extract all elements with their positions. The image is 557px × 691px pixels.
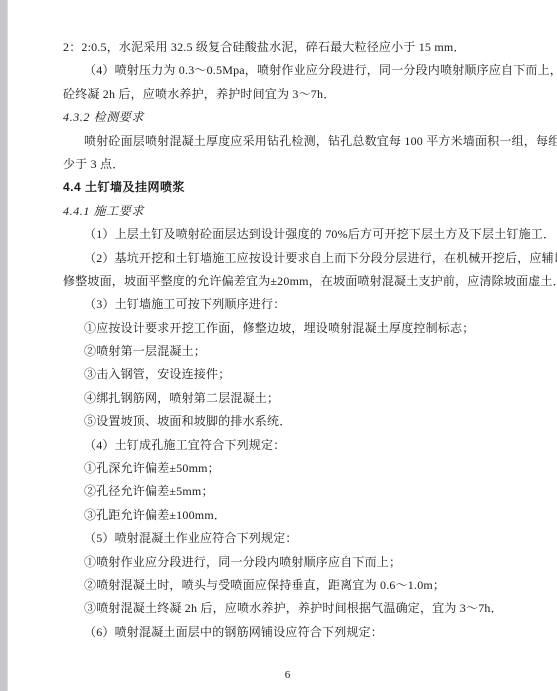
text-line: 喷射砼面层喷射混凝土厚度应采用钻孔检测，钻孔总数宜每 100 平方米墙面积一组，… xyxy=(63,130,515,153)
text-line: ③孔距允许偏差±100mm． xyxy=(63,504,515,527)
text-line: ③喷射混凝土终凝 2h 后，应喷水养护，养护时间根据气温确定，宜为 3～7h． xyxy=(63,597,515,620)
text-line: （4）喷射压力为 0.3～0.5Mpa，喷射作业应分段进行，同一分段内喷射顺序应… xyxy=(63,59,515,82)
text-line: ①喷射作业应分段进行，同一分段内喷射顺序应自下而上； xyxy=(63,551,515,574)
text-line: 4.4.1 施工要求 xyxy=(63,200,515,223)
text-line: 2：2:0.5，水泥采用 32.5 级复合硅酸盐水泥，碎石最大粒径应小于 15 … xyxy=(63,36,515,59)
document-body: 2：2:0.5，水泥采用 32.5 级复合硅酸盐水泥，碎石最大粒径应小于 15 … xyxy=(63,36,515,644)
text-line: 4.4 土钉墙及挂网喷浆 xyxy=(63,176,515,199)
text-line: ②孔径允许偏差±5mm； xyxy=(63,480,515,503)
page-number: 6 xyxy=(9,669,557,681)
text-line: （4）土钉成孔施工宜符合下列规定： xyxy=(63,434,515,457)
viewer-gutter xyxy=(0,0,8,691)
text-line: 4.3.2 检测要求 xyxy=(63,106,515,129)
document-page: 2：2:0.5，水泥采用 32.5 级复合硅酸盐水泥，碎石最大粒径应小于 15 … xyxy=(9,0,557,691)
text-line: ④绑扎钢筋网，喷射第二层混凝土； xyxy=(63,387,515,410)
text-line: ③击入钢管，安设连接件； xyxy=(63,363,515,386)
text-line: ⑤设置坡顶、坡面和坡脚的排水系统． xyxy=(63,410,515,433)
text-line: ①应按设计要求开挖工作面，修整边坡，埋设喷射混凝土厚度控制标志； xyxy=(63,317,515,340)
text-line: 砼终凝 2h 后，应喷水养护，养护时间宜为 3～7h． xyxy=(63,83,515,106)
text-line: （3）土钉墙施工可按下列顺序进行： xyxy=(63,293,515,316)
text-line: （5）喷射混凝土作业应符合下列规定： xyxy=(63,527,515,550)
text-line: 少于 3 点． xyxy=(63,153,515,176)
text-line: （6）喷射混凝土面层中的钢筋网铺设应符合下列规定： xyxy=(63,621,515,644)
text-line: ②喷射第一层混凝土； xyxy=(63,340,515,363)
text-line: 修整坡面，坡面平整度的允许偏差宜为±20mm，在坡面喷射混凝土支护前，应清除坡面… xyxy=(63,270,515,293)
text-line: （1）上层土钉及喷射砼面层达到设计强度的 70%后方可开挖下层土方及下层土钉施工… xyxy=(63,223,515,246)
text-line: （2）基坑开挖和土钉墙施工应按设计要求自上而下分段分层进行，在机械开挖后，应辅以… xyxy=(63,247,515,270)
text-line: ②喷射混凝土时，喷头与受喷面应保持垂直，距离宜为 0.6～1.0m； xyxy=(63,574,515,597)
text-line: ①孔深允许偏差±50mm； xyxy=(63,457,515,480)
